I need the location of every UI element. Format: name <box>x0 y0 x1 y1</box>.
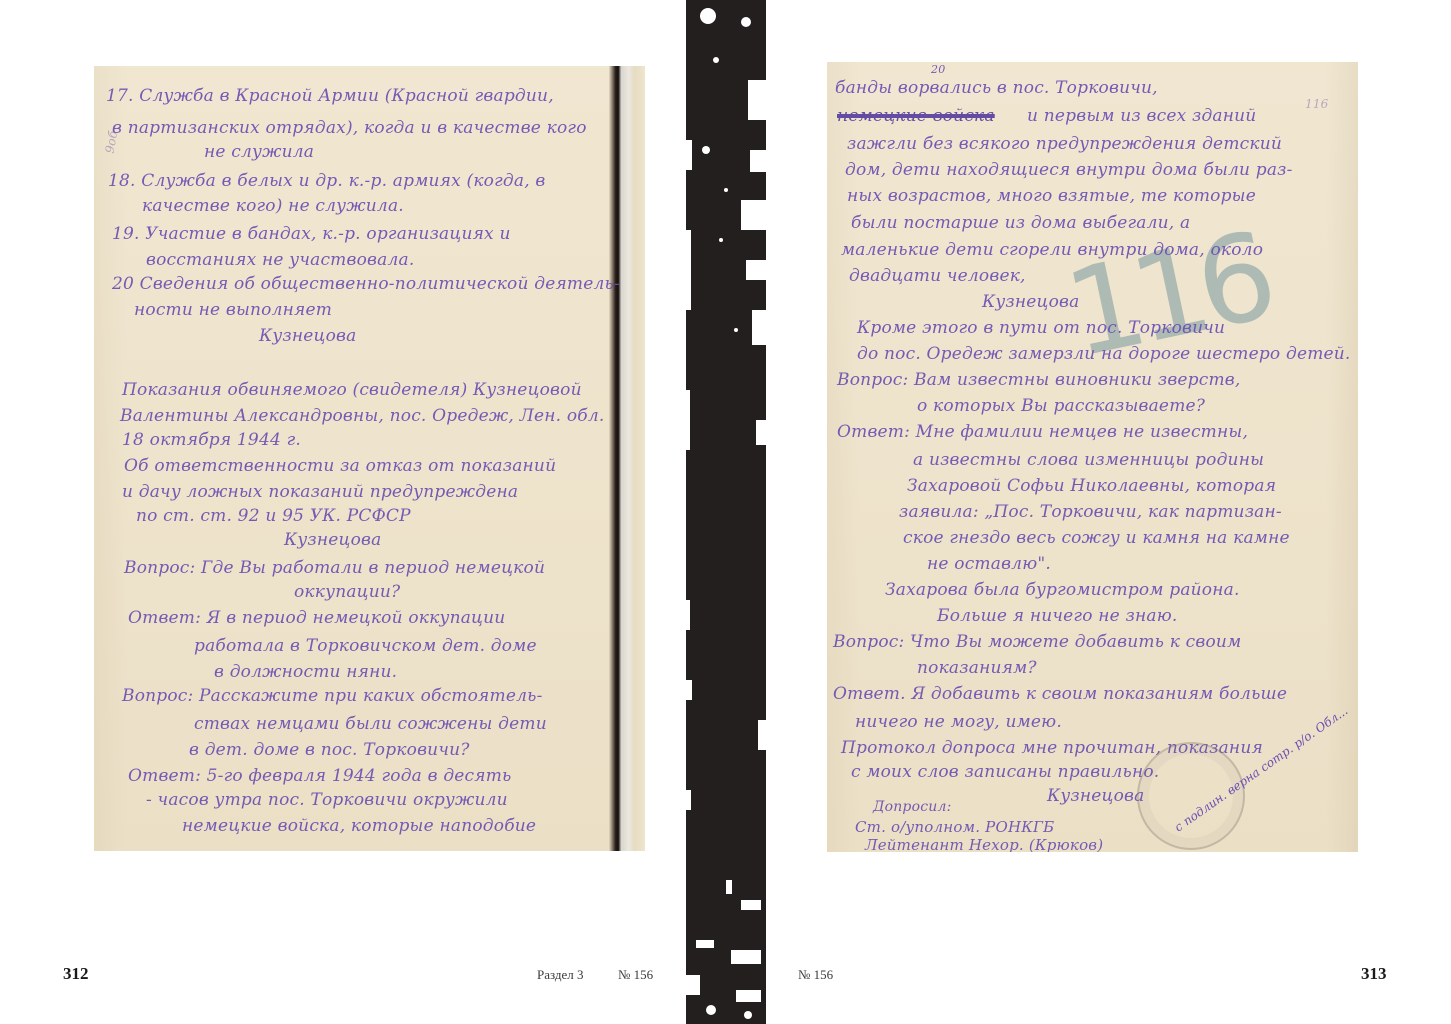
distressed-texture-icon <box>686 0 766 1024</box>
handwritten-line: 19. Участие в бандах, к.-р. организациях… <box>112 226 511 243</box>
handwritten-line: 18 октября 1944 г. <box>122 432 301 449</box>
binding-edge <box>609 66 645 851</box>
signature: Кузнецова <box>1047 788 1144 805</box>
left-document-number: № 156 <box>618 967 653 983</box>
handwritten-line: в должности няни. <box>214 664 397 681</box>
handwritten-line: Об ответственности за отказ от показаний <box>124 458 556 475</box>
handwritten-line: Валентины Александровны, пос. Оредеж, Ле… <box>120 408 604 425</box>
handwritten-line: с моих слов записаны правильно. <box>851 764 1159 781</box>
gutter-stripe <box>686 0 766 1024</box>
handwritten-line: Вопрос: Где Вы работали в период немецко… <box>124 560 545 577</box>
handwritten-line: не оставлю". <box>927 556 1051 573</box>
interrogator-title: Ст. о/уполном. РОНКГБ <box>855 820 1054 835</box>
handwritten-line: 20 Сведения об общественно-политической … <box>112 276 620 293</box>
handwritten-line: ствах немцами были сожжены дети <box>194 716 547 733</box>
interrogator-label: Допросил: <box>873 800 952 814</box>
left-page-number: 312 <box>63 964 89 984</box>
handwritten-line: 18. Служба в белых и др. к.-р. армиях (к… <box>108 173 546 190</box>
handwritten-line: Вопрос: Что Вы можете добавить к своим <box>833 634 1241 651</box>
handwritten-line: банды ворвались в пос. Торковичи, <box>835 80 1158 97</box>
signature: Кузнецова <box>982 294 1079 311</box>
handwritten-line: и первым из всех зданий <box>1027 108 1256 125</box>
handwritten-line: качестве кого) не служила. <box>142 198 404 215</box>
handwritten-line: не служила <box>204 144 314 161</box>
handwritten-line: до пос. Оредеж замерзли на дороге шестер… <box>857 346 1351 363</box>
handwritten-line: 17. Служба в Красной Армии (Красной гвар… <box>106 88 554 105</box>
handwritten-line: немецкие войска, которые наподобие <box>182 818 536 835</box>
superscript-mark: 20 <box>931 64 945 75</box>
margin-note: 116 <box>1305 98 1329 110</box>
handwritten-line: Захарова была бургомистром района. <box>885 582 1240 599</box>
handwritten-line: о которых Вы рассказываете? <box>917 398 1205 415</box>
handwritten-line: двадцати человек, <box>849 268 1026 285</box>
handwritten-line: восстаниях не участвовала. <box>146 252 414 269</box>
interrogator-name: Лейтенант Нехор. (Крюков) <box>865 838 1103 852</box>
handwritten-line: дом, дети находящиеся внутри дома были р… <box>845 162 1293 179</box>
handwritten-line: и дачу ложных показаний предупреждена <box>122 484 518 501</box>
handwritten-line: были постарше из дома выбегали, а <box>851 215 1190 232</box>
handwritten-line: в дет. доме в пос. Торковичи? <box>189 742 470 759</box>
handwritten-line: ных возрастов, много взятые, те которые <box>847 188 1256 205</box>
handwritten-line: ности не выполняет <box>134 302 332 319</box>
handwritten-line: по ст. ст. 92 и 95 УК. РСФСР <box>136 508 411 525</box>
right-page-number: 313 <box>1361 964 1387 984</box>
section-label: Раздел 3 <box>537 967 584 983</box>
handwritten-line: показаниям? <box>917 660 1037 677</box>
handwritten-line: оккупации? <box>294 584 400 601</box>
handwritten-line: заявила: „Пос. Торковичи, как партизан- <box>899 504 1282 521</box>
handwritten-line: ское гнездо весь сожгу и камня на камне <box>903 530 1290 547</box>
handwritten-line: маленькие дети сгорели внутри дома, окол… <box>841 242 1263 259</box>
right-document-number: № 156 <box>798 967 833 983</box>
handwritten-line: Показания обвиняемого (свидетеля) Кузнец… <box>122 382 582 399</box>
handwritten-line: работала в Торковичском дет. доме <box>194 638 537 655</box>
handwritten-line: ничего не могу, имею. <box>855 714 1062 731</box>
left-page-scan: 9об 17. Служба в Красной Армии (Красной … <box>94 66 645 851</box>
handwritten-line: Кроме этого в пути от пос. Торковичи <box>857 320 1225 337</box>
signature: Кузнецова <box>284 532 381 549</box>
right-page-scan: 116 20 116 банды ворвались в пос. Торков… <box>827 62 1358 852</box>
signature: Кузнецова <box>259 328 356 345</box>
handwritten-line: в партизанских отрядах), когда и в качес… <box>112 120 587 137</box>
handwritten-line: зажгли без всякого предупреждения детски… <box>847 136 1282 153</box>
handwritten-line: Ответ: Я в период немецкой оккупации <box>128 610 505 627</box>
handwritten-line: - часов утра пос. Торковичи окружили <box>146 792 508 809</box>
handwritten-line: Ответ: 5-го февраля 1944 года в десять <box>128 768 512 785</box>
struck-through-line: немецкие войска <box>837 108 995 125</box>
handwritten-line: Захаровой Софьи Николаевны, которая <box>907 478 1276 495</box>
handwritten-line: Ответ. Я добавить к своим показаниям бол… <box>833 686 1287 703</box>
handwritten-line: Больше я ничего не знаю. <box>937 608 1177 625</box>
handwritten-line: Вопрос: Вам известны виновники зверств, <box>837 372 1241 389</box>
handwritten-line: а известны слова изменницы родины <box>913 452 1264 469</box>
handwritten-line: Вопрос: Расскажите при каких обстоятель- <box>122 688 543 705</box>
handwritten-line: Ответ: Мне фамилии немцев не известны, <box>837 424 1248 441</box>
